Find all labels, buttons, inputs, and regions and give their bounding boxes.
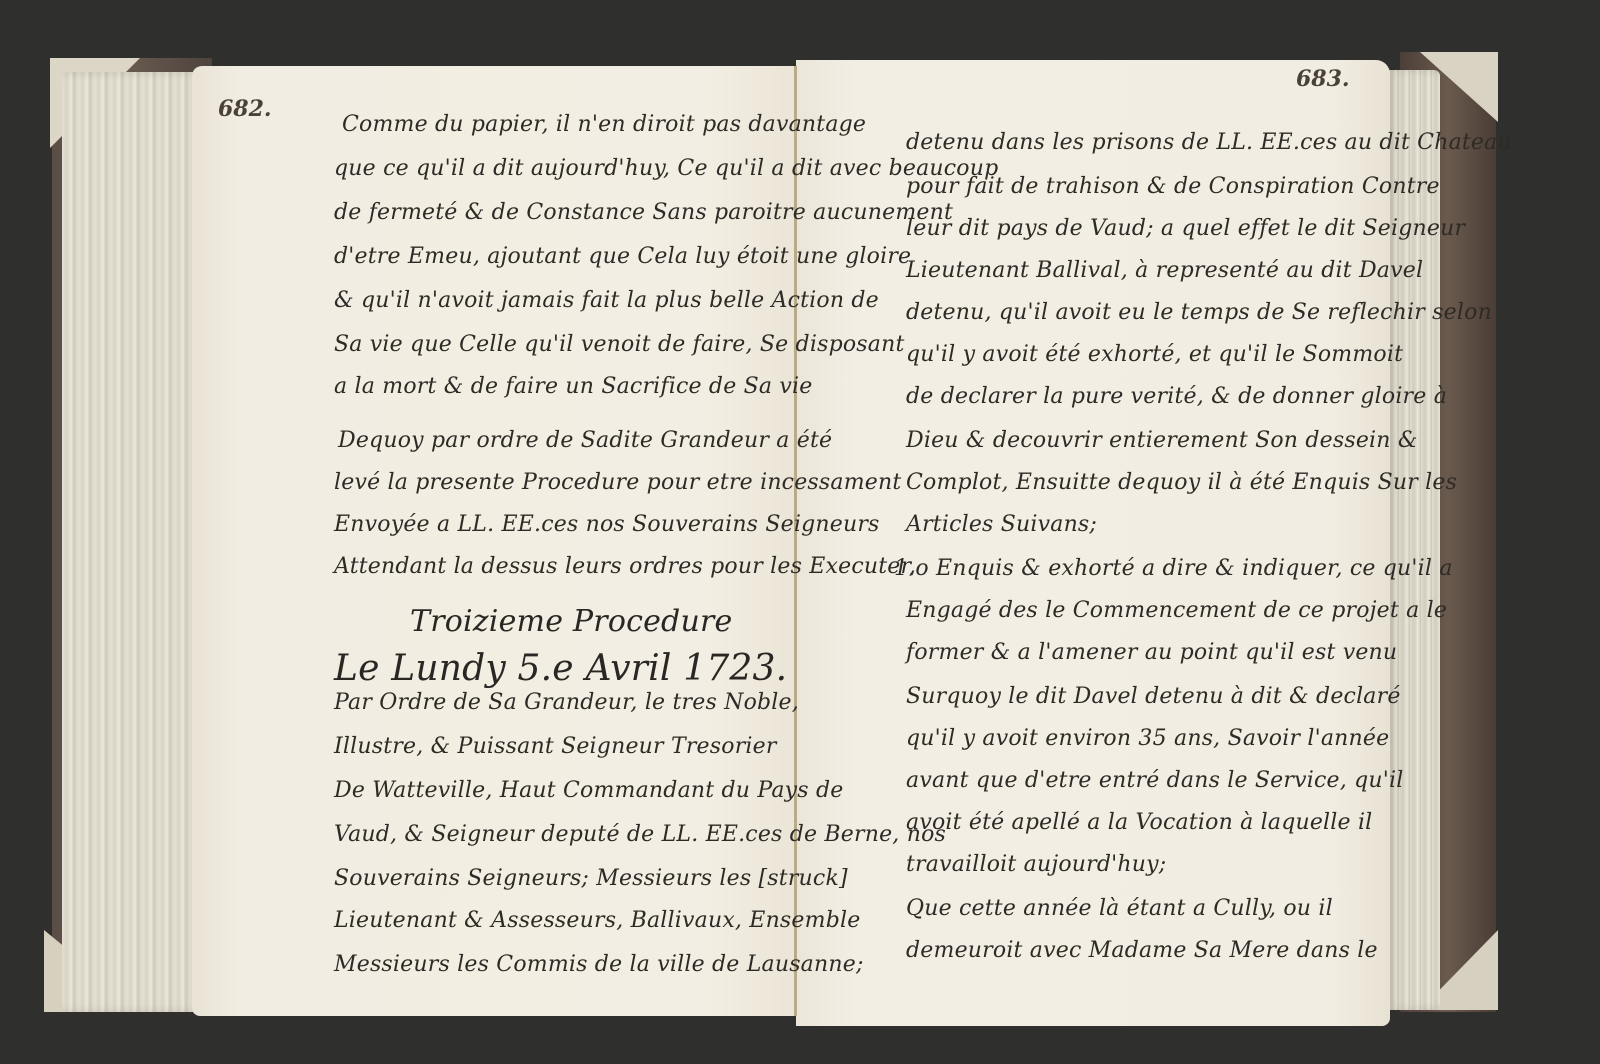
text-line: a la mort & de faire un Sacrifice de Sa … (334, 374, 812, 399)
right-page-stack (1388, 70, 1440, 1010)
text-line: Par Ordre de Sa Grandeur, le tres Noble, (334, 690, 799, 715)
text-line: Surquoy le dit Davel detenu à dit & decl… (906, 684, 1401, 709)
text-line: Souverains Seigneurs; Messieurs les [str… (334, 866, 848, 891)
text-line: avant que d'etre entré dans le Service, … (906, 768, 1403, 793)
text-line: De Watteville, Haut Commandant du Pays d… (334, 778, 844, 803)
open-manuscript: 682. 683. Comme du papier, il n'en diroi… (0, 0, 1600, 1064)
left-page-stack (62, 72, 202, 1012)
text-line: & qu'il n'avoit jamais fait la plus bell… (334, 288, 879, 313)
text-line: de declarer la pure verité, & de donner … (906, 384, 1447, 409)
text-line: avoit été apellé a la Vocation à laquell… (906, 810, 1372, 835)
text-line: detenu, qu'il avoit eu le temps de Se re… (906, 300, 1492, 325)
text-line: que ce qu'il a dit aujourd'huy, Ce qu'il… (334, 156, 998, 181)
text-line: Illustre, & Puissant Seigneur Tresorier (334, 734, 777, 759)
text-line: Complot, Ensuitte dequoy il à été Enquis… (906, 470, 1457, 495)
text-line: detenu dans les prisons de LL. EE.ces au… (906, 130, 1512, 155)
text-line: d'etre Emeu, ajoutant que Cela luy étoit… (334, 244, 911, 269)
text-line: Engagé des le Commencement de ce projet … (906, 598, 1447, 623)
text-line: Que cette année là étant a Cully, ou il (906, 896, 1333, 921)
date-heading: Le Lundy 5.e Avril 1723. (334, 648, 787, 689)
text-line: Sa vie que Celle qu'il venoit de faire, … (334, 332, 905, 357)
text-line: former & a l'amener au point qu'il est v… (906, 640, 1397, 665)
right-folio-number: 683. (1296, 66, 1350, 92)
text-line: Envoyée a LL. EE.ces nos Souverains Seig… (334, 512, 880, 537)
text-line: levé la presente Procedure pour etre inc… (334, 470, 901, 495)
text-line: demeuroit avec Madame Sa Mere dans le (906, 938, 1378, 963)
left-folio-number: 682. (218, 96, 272, 122)
section-heading: Troizieme Procedure (410, 604, 732, 639)
text-line: Lieutenant Ballival, à representé au dit… (906, 258, 1423, 283)
text-line: 1.o Enquis & exhorté a dire & indiquer, … (894, 556, 1453, 581)
text-line: leur dit pays de Vaud; a quel effet le d… (906, 216, 1465, 241)
text-line: travailloit aujourd'huy; (906, 852, 1166, 877)
text-line: qu'il y avoit environ 35 ans, Savoir l'a… (906, 726, 1389, 751)
text-line: pour fait de trahison & de Conspiration … (906, 174, 1440, 199)
text-line: Vaud, & Seigneur deputé de LL. EE.ces de… (334, 822, 946, 847)
text-line: Comme du papier, il n'en diroit pas dava… (342, 112, 866, 137)
text-line: Messieurs les Commis de la ville de Laus… (334, 952, 864, 977)
text-line: qu'il y avoit été exhorté, et qu'il le S… (906, 342, 1403, 367)
text-line: Attendant la dessus leurs ordres pour le… (334, 554, 916, 579)
text-line: de fermeté & de Constance Sans paroitre … (334, 200, 953, 225)
text-line: Dequoy par ordre de Sadite Grandeur a ét… (338, 428, 832, 453)
text-line: Dieu & decouvrir entierement Son dessein… (906, 428, 1418, 453)
text-line: Lieutenant & Assesseurs, Ballivaux, Ense… (334, 908, 860, 933)
text-line: Articles Suivans; (906, 512, 1097, 537)
